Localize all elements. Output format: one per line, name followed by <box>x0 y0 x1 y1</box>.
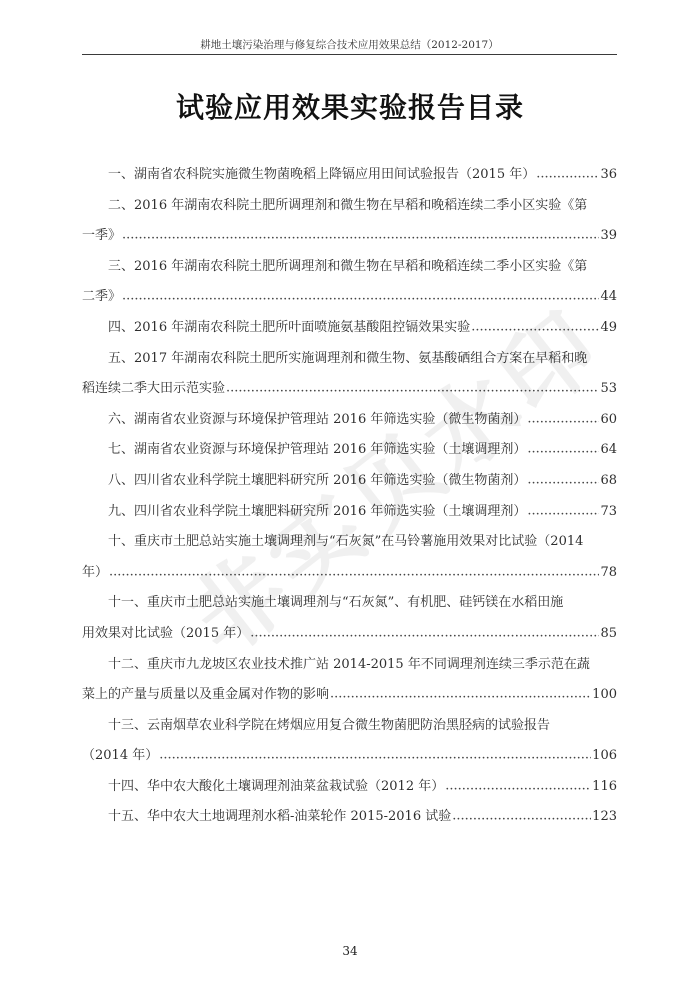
toc-entry-line: 十、重庆市土肥总站实施土壤调理剂与“石灰氮”在马铃薯施用效果对比试验（2014 <box>82 527 617 558</box>
toc-entry[interactable]: 一、湖南省农科院实施微生物菌晚稻上降镉应用田间试验报告（2015 年）36 <box>82 160 617 191</box>
toc-entry-title: 十三、云南烟草农业科学院在烤烟应用复合微生物菌肥防治黑胫病的试验报告 <box>108 711 550 742</box>
dot-leader <box>250 624 599 637</box>
toc-entry-title: 一季》 <box>82 221 121 252</box>
toc-entry-line: 二、2016 年湖南农科院土肥所调理剂和微生物在早稻和晚稻连续二季小区实验《第 <box>82 191 617 222</box>
toc-entry-line: 十五、华中农大土地调理剂水稻-油菜轮作 2015-2016 试验123 <box>82 802 617 833</box>
toc-entry-continuation: 一季》39 <box>82 221 617 252</box>
toc-page-number: 85 <box>600 619 617 650</box>
dot-leader <box>226 379 599 392</box>
toc-entry-title: 十二、重庆市九龙坡区农业技术推广站 2014-2015 年不同调理剂连续三季示范… <box>108 650 590 681</box>
running-header: 耕地土壤污染治理与修复综合技术应用效果总结（2012-2017） <box>82 36 617 55</box>
toc-page-number: 123 <box>592 802 617 833</box>
table-of-contents: 一、湖南省农科院实施微生物菌晚稻上降镉应用田间试验报告（2015 年）36二、2… <box>82 160 617 833</box>
toc-entry[interactable]: 十二、重庆市九龙坡区农业技术推广站 2014-2015 年不同调理剂连续三季示范… <box>82 650 617 711</box>
toc-entry-title: 年） <box>82 558 108 589</box>
toc-entry-line: 九、四川省农业科学院土壤肥料研究所 2016 年筛选实验（土壤调理剂）73 <box>82 497 617 528</box>
toc-entry-title: 九、四川省农业科学院土壤肥料研究所 2016 年筛选实验（土壤调理剂） <box>108 497 526 528</box>
toc-entry-title: 十、重庆市土肥总站实施土壤调理剂与“石灰氮”在马铃薯施用效果对比试验（2014 <box>108 527 583 558</box>
toc-entry[interactable]: 六、湖南省农业资源与环境保护管理站 2016 年筛选实验（微生物菌剂）60 <box>82 405 617 436</box>
dot-leader <box>471 318 599 331</box>
toc-page-number: 39 <box>600 221 617 252</box>
toc-page-number: 116 <box>592 772 617 803</box>
toc-entry[interactable]: 二、2016 年湖南农科院土肥所调理剂和微生物在早稻和晚稻连续二季小区实验《第一… <box>82 191 617 252</box>
toc-entry[interactable]: 十四、华中农大酸化土壤调理剂油菜盆栽试验（2012 年）116 <box>82 772 617 803</box>
toc-entry-title: 稻连续二季大田示范实验 <box>82 374 225 405</box>
toc-entry[interactable]: 四、2016 年湖南农科院土肥所叶面喷施氨基酸阻控镉效果实验49 <box>82 313 617 344</box>
toc-entry-title: 用效果对比试验（2015 年） <box>82 619 249 650</box>
toc-entry-continuation: 年）78 <box>82 558 617 589</box>
toc-entry-continuation: 稻连续二季大田示范实验53 <box>82 374 617 405</box>
toc-entry-title: 十五、华中农大土地调理剂水稻-油菜轮作 2015-2016 试验 <box>108 802 451 833</box>
toc-page-number: 36 <box>600 160 617 191</box>
dot-leader <box>330 685 591 698</box>
dot-leader <box>527 440 599 453</box>
dot-leader <box>452 807 591 820</box>
toc-entry-title: 二、2016 年湖南农科院土肥所调理剂和微生物在早稻和晚稻连续二季小区实验《第 <box>108 191 587 222</box>
dot-leader <box>527 410 599 423</box>
toc-entry-line: 一、湖南省农科院实施微生物菌晚稻上降镉应用田间试验报告（2015 年）36 <box>82 160 617 191</box>
toc-entry-continuation: 用效果对比试验（2015 年）85 <box>82 619 617 650</box>
toc-entry-title: 十一、重庆市土肥总站实施土壤调理剂与“石灰氮”、有机肥、硅钙镁在水稻田施 <box>108 588 563 619</box>
toc-entry-line: 十二、重庆市九龙坡区农业技术推广站 2014-2015 年不同调理剂连续三季示范… <box>82 650 617 681</box>
toc-entry[interactable]: 七、湖南省农业资源与环境保护管理站 2016 年筛选实验（土壤调理剂）64 <box>82 435 617 466</box>
running-header-title: 耕地土壤污染治理与修复综合技术应用效果总结（2012-2017） <box>200 39 499 51</box>
toc-entry-title: 四、2016 年湖南农科院土肥所叶面喷施氨基酸阻控镉效果实验 <box>108 313 470 344</box>
dot-leader <box>527 471 599 484</box>
toc-entry-line: 七、湖南省农业资源与环境保护管理站 2016 年筛选实验（土壤调理剂）64 <box>82 435 617 466</box>
toc-entry-line: 十三、云南烟草农业科学院在烤烟应用复合微生物菌肥防治黑胫病的试验报告 <box>82 711 617 742</box>
toc-entry-title: 六、湖南省农业资源与环境保护管理站 2016 年筛选实验（微生物菌剂） <box>108 405 526 436</box>
toc-entry-line: 五、2017 年湖南农科院土肥所实施调理剂和微生物、氨基酸硒组合方案在早稻和晚 <box>82 344 617 375</box>
toc-entry-line: 八、四川省农业科学院土壤肥料研究所 2016 年筛选实验（微生物菌剂）68 <box>82 466 617 497</box>
toc-entry-continuation: 二季》44 <box>82 282 617 313</box>
dot-leader <box>536 165 599 178</box>
toc-entry[interactable]: 三、2016 年湖南农科院土肥所调理剂和微生物在早稻和晚稻连续二季小区实验《第二… <box>82 252 617 313</box>
dot-leader <box>445 777 591 790</box>
toc-entry-title: 菜上的产量与质量以及重金属对作物的影响 <box>82 680 329 711</box>
toc-entry-title: 三、2016 年湖南农科院土肥所调理剂和微生物在早稻和晚稻连续二季小区实验《第 <box>108 252 587 283</box>
toc-page-number: 64 <box>600 435 617 466</box>
dot-leader <box>122 287 599 300</box>
dot-leader <box>159 746 591 759</box>
dot-leader <box>527 502 599 515</box>
toc-entry-title: 八、四川省农业科学院土壤肥料研究所 2016 年筛选实验（微生物菌剂） <box>108 466 526 497</box>
toc-page-number: 100 <box>592 680 617 711</box>
toc-entry-title: 二季》 <box>82 282 121 313</box>
page-title: 试验应用效果实验报告目录 <box>0 86 700 126</box>
toc-entry[interactable]: 十一、重庆市土肥总站实施土壤调理剂与“石灰氮”、有机肥、硅钙镁在水稻田施用效果对… <box>82 588 617 649</box>
toc-page-number: 106 <box>592 741 617 772</box>
toc-page-number: 44 <box>600 282 617 313</box>
toc-entry-continuation: 菜上的产量与质量以及重金属对作物的影响100 <box>82 680 617 711</box>
toc-page-number: 73 <box>600 497 617 528</box>
toc-entry-title: 十四、华中农大酸化土壤调理剂油菜盆栽试验（2012 年） <box>108 772 444 803</box>
toc-page-number: 53 <box>600 374 617 405</box>
toc-entry[interactable]: 八、四川省农业科学院土壤肥料研究所 2016 年筛选实验（微生物菌剂）68 <box>82 466 617 497</box>
toc-page-number: 68 <box>600 466 617 497</box>
toc-page-number: 60 <box>600 405 617 436</box>
toc-entry-title: （2014 年） <box>82 741 158 772</box>
toc-entry-title: 七、湖南省农业资源与环境保护管理站 2016 年筛选实验（土壤调理剂） <box>108 435 526 466</box>
page-number: 34 <box>0 944 700 958</box>
toc-entry-title: 五、2017 年湖南农科院土肥所实施调理剂和微生物、氨基酸硒组合方案在早稻和晚 <box>108 344 587 375</box>
dot-leader <box>109 563 599 576</box>
toc-entry[interactable]: 十三、云南烟草农业科学院在烤烟应用复合微生物菌肥防治黑胫病的试验报告（2014 … <box>82 711 617 772</box>
dot-leader <box>122 226 599 239</box>
toc-entry-line: 十一、重庆市土肥总站实施土壤调理剂与“石灰氮”、有机肥、硅钙镁在水稻田施 <box>82 588 617 619</box>
toc-entry[interactable]: 九、四川省农业科学院土壤肥料研究所 2016 年筛选实验（土壤调理剂）73 <box>82 497 617 528</box>
toc-page-number: 49 <box>600 313 617 344</box>
toc-entry-line: 六、湖南省农业资源与环境保护管理站 2016 年筛选实验（微生物菌剂）60 <box>82 405 617 436</box>
toc-entry-line: 三、2016 年湖南农科院土肥所调理剂和微生物在早稻和晚稻连续二季小区实验《第 <box>82 252 617 283</box>
toc-entry-title: 一、湖南省农科院实施微生物菌晚稻上降镉应用田间试验报告（2015 年） <box>108 160 535 191</box>
toc-entry-continuation: （2014 年）106 <box>82 741 617 772</box>
toc-entry-line: 四、2016 年湖南农科院土肥所叶面喷施氨基酸阻控镉效果实验49 <box>82 313 617 344</box>
toc-page-number: 78 <box>600 558 617 589</box>
toc-entry-line: 十四、华中农大酸化土壤调理剂油菜盆栽试验（2012 年）116 <box>82 772 617 803</box>
toc-entry[interactable]: 十、重庆市土肥总站实施土壤调理剂与“石灰氮”在马铃薯施用效果对比试验（2014年… <box>82 527 617 588</box>
toc-entry[interactable]: 五、2017 年湖南农科院土肥所实施调理剂和微生物、氨基酸硒组合方案在早稻和晚稻… <box>82 344 617 405</box>
toc-entry[interactable]: 十五、华中农大土地调理剂水稻-油菜轮作 2015-2016 试验123 <box>82 802 617 833</box>
